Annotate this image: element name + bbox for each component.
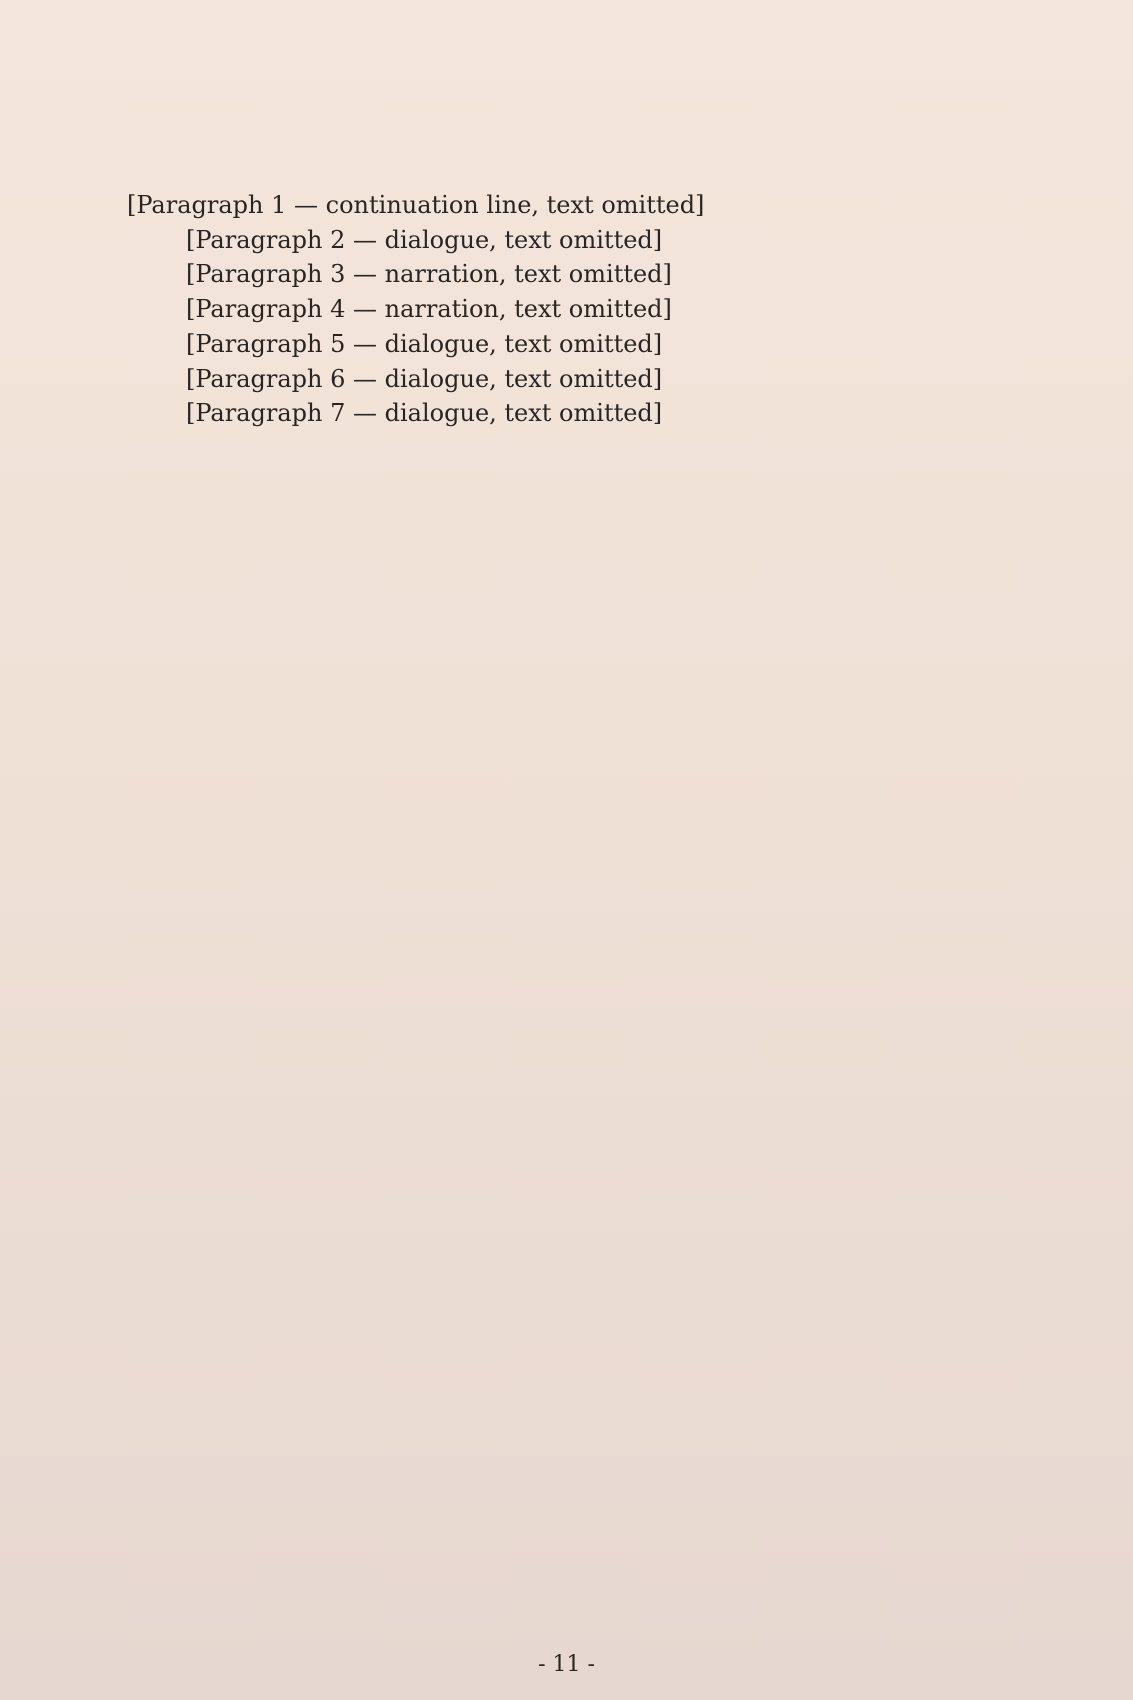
book-page-body: [Paragraph 1 — continuation line, text o… bbox=[127, 188, 1049, 431]
page-number: - 11 - bbox=[0, 1652, 1133, 1677]
paragraph-2: [Paragraph 2 — dialogue, text omitted] bbox=[127, 223, 1049, 258]
paragraph-5: [Paragraph 5 — dialogue, text omitted] bbox=[127, 327, 1049, 362]
paragraph-6: [Paragraph 6 — dialogue, text omitted] bbox=[127, 362, 1049, 397]
paragraph-3: [Paragraph 3 — narration, text omitted] bbox=[127, 257, 1049, 292]
paragraph-1: [Paragraph 1 — continuation line, text o… bbox=[127, 188, 1049, 223]
paragraph-4: [Paragraph 4 — narration, text omitted] bbox=[127, 292, 1049, 327]
paragraph-7: [Paragraph 7 — dialogue, text omitted] bbox=[127, 396, 1049, 431]
